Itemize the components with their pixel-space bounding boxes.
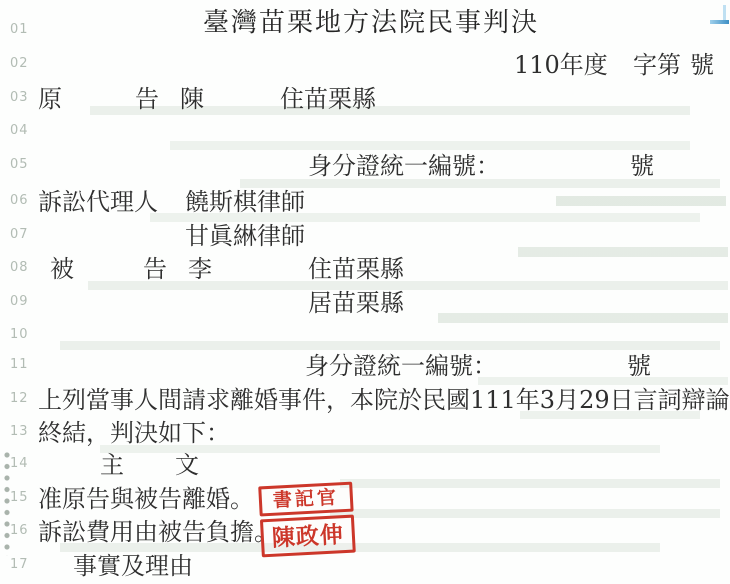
scanner-mark-vertical [723, 5, 726, 21]
line-number-14: 14 [10, 456, 29, 471]
plaintiff-address: 住苗栗縣 [280, 84, 376, 114]
defendant-surname: 李 [188, 254, 212, 284]
line-number-07: 07 [10, 227, 29, 242]
plaintiff-surname: 陳 [180, 84, 204, 114]
case-number-year: 110年度 [514, 50, 608, 80]
line-number-05: 05 [10, 157, 29, 172]
main-heading-char2: 文 [175, 450, 199, 480]
clerk-stamp-role: 書記官 [258, 482, 353, 517]
line-number-03: 03 [10, 90, 29, 105]
defendant-role-char1: 被 [50, 254, 74, 284]
line-number-08: 08 [10, 260, 29, 275]
line-number-02: 02 [10, 56, 29, 71]
line-number-15: 15 [10, 490, 29, 505]
line-number-04: 04 [10, 123, 29, 138]
main-heading-char1: 主 [100, 450, 124, 480]
defendant-role-char2: 告 [143, 254, 167, 284]
plaintiff-role-char2: 告 [135, 84, 159, 114]
line-number-01: 01 [10, 22, 29, 37]
agent-lawyer1: 饒斯棋律師 [185, 187, 305, 217]
plaintiff-role-char1: 原 [38, 84, 62, 114]
agent-label: 訴訟代理人 [38, 187, 158, 217]
agent-lawyer2: 甘眞綝律師 [185, 221, 305, 251]
ruling-line-1: 准原告與被告離婚。 [38, 484, 254, 514]
line-number-09: 09 [10, 294, 29, 309]
defendant-address-domicile: 居苗栗縣 [308, 288, 404, 318]
intro-line-1: 上列當事人間請求離婚事件，本院於民國111年3月29日言詞辯論 [38, 385, 730, 415]
line-number-16: 16 [10, 523, 29, 538]
plaintiff-id-suffix: 號 [630, 151, 654, 181]
intro-line-2: 終結，判決如下： [38, 418, 230, 448]
defendant-id-label: 身分證統一編號： [305, 351, 497, 381]
scanner-mark-horizontal [710, 20, 729, 24]
line-number-06: 06 [10, 193, 29, 208]
ruling-line-2: 訴訟費用由被告負擔。 [38, 517, 278, 547]
clerk-stamp: 書記官 陳政伸 [258, 482, 356, 558]
line-number-13: 13 [10, 424, 29, 439]
clerk-stamp-name: 陳政伸 [260, 515, 356, 558]
line-number-10: 10 [10, 327, 29, 342]
defendant-id-suffix: 號 [627, 351, 651, 381]
line-number-11: 11 [10, 357, 29, 372]
defendant-address-residence: 住苗栗縣 [308, 254, 404, 284]
case-number-suffix: 號 [690, 50, 714, 80]
line-number-17: 17 [10, 557, 29, 572]
document-title: 臺灣苗栗地方法院民事判決 [203, 8, 539, 38]
plaintiff-id-label: 身分證統一編號： [308, 151, 500, 181]
case-number-word: 字第 [633, 50, 681, 80]
court-judgment-scan: 01 02 03 04 05 06 07 08 09 10 11 12 13 1… [0, 0, 730, 584]
line-number-12: 12 [10, 391, 29, 406]
facts-heading: 事實及理由 [73, 551, 193, 581]
